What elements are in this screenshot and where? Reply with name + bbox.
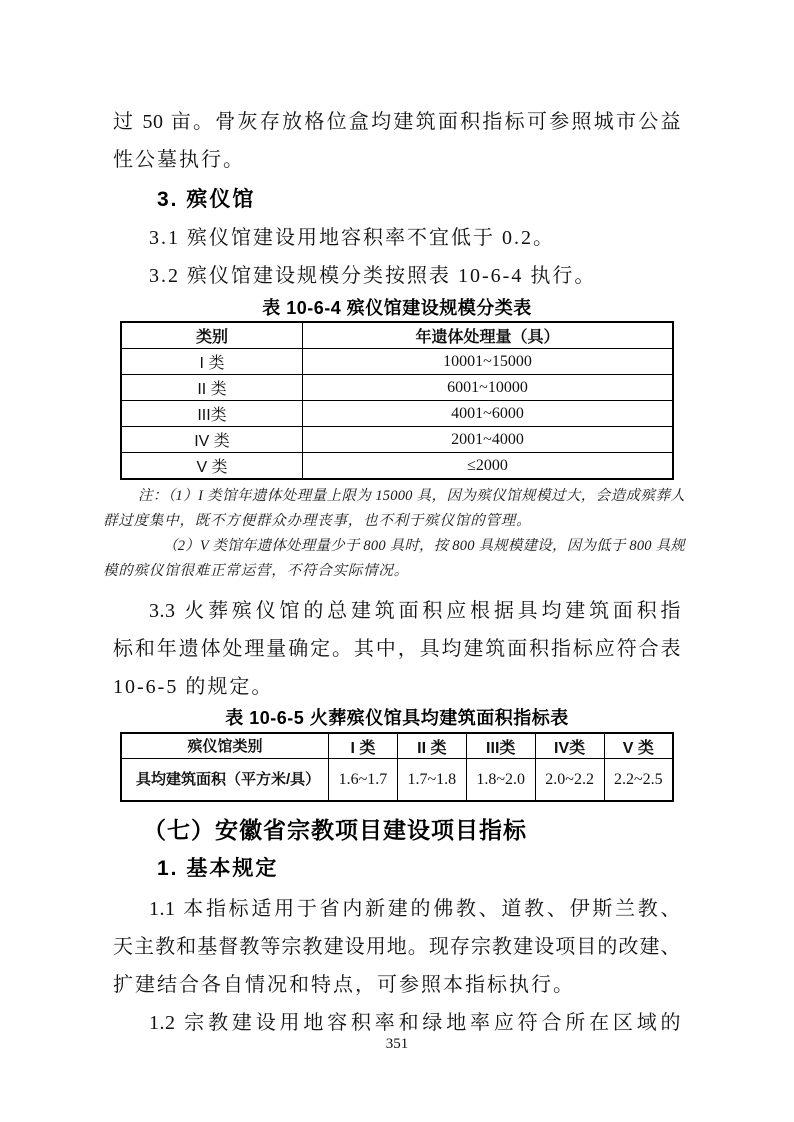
table1-header-category: 类别 [121, 322, 303, 349]
table1-cell-range: ≤2000 [303, 453, 674, 480]
page-content: 过 50 亩。骨灰存放格位盒均建筑面积指标可参照城市公益 性公墓执行。 3. 殡… [113, 103, 681, 1042]
table-row: V 类 ≤2000 [121, 453, 673, 480]
clause-1-1-line-1: 1.1 本指标适用于省内新建的佛教、道教、伊斯兰教、 [113, 890, 681, 928]
table2-header-class: II 类 [397, 733, 466, 759]
paragraph-intro-line-2: 性公墓执行。 [113, 141, 681, 179]
table2-cell-value: 2.2~2.5 [604, 759, 673, 802]
table1-cell-range: 2001~4000 [303, 427, 674, 453]
table-10-6-4-title: 表 10-6-4 殡仪馆建设规模分类表 [113, 295, 681, 321]
table-row: III类 4001~6000 [121, 401, 673, 427]
table2-row-label: 具均建筑面积（平方米/具） [121, 759, 329, 802]
clause-3-1: 3.1 殡仪馆建设用地容积率不宜低于 0.2。 [113, 219, 681, 257]
note-2-line-1: （2）V 类馆年遗体处理量少于 800 具时，按 800 具规模建设，因为低于 … [103, 534, 685, 559]
table-10-6-4: 类别 年遗体处理量（具） I 类 10001~15000 II 类 6001~1… [120, 321, 674, 480]
note-1-line-2: 群过度集中，既不方便群众办理丧事，也不利于殡仪馆的管理。 [103, 509, 685, 534]
table1-cell-class: V 类 [121, 453, 303, 480]
page-number: 351 [0, 1036, 794, 1053]
heading-section-3-funeral-home: 3. 殡仪馆 [113, 181, 681, 219]
table2-header-class: V 类 [604, 733, 673, 759]
table2-cell-value: 1.6~1.7 [329, 759, 398, 802]
table-10-6-5: 殡仪馆类别 I 类 II 类 III类 IV类 V 类 具均建筑面积（平方米/具… [120, 732, 674, 802]
table2-header-class: I 类 [329, 733, 398, 759]
heading-section-7-religion: （七）安徽省宗教项目建设项目指标 [113, 814, 681, 846]
table2-cell-value: 1.8~2.0 [466, 759, 535, 802]
table1-cell-range: 4001~6000 [303, 401, 674, 427]
table-row: IV 类 2001~4000 [121, 427, 673, 453]
table-row: 类别 年遗体处理量（具） [121, 322, 673, 349]
table1-cell-class: II 类 [121, 375, 303, 401]
table-10-6-5-title: 表 10-6-5 火葬殡仪馆具均建筑面积指标表 [113, 706, 681, 730]
table2-header-class: IV类 [535, 733, 604, 759]
paragraph-intro-line-1: 过 50 亩。骨灰存放格位盒均建筑面积指标可参照城市公益 [113, 103, 681, 141]
clause-3-3-line-2: 标和年遗体处理量确定。其中，具均建筑面积指标应符合表 [113, 630, 681, 668]
clause-1-1-line-3: 扩建结合各自情况和特点，可参照本指标执行。 [113, 966, 681, 1004]
note-2-line-2: 模的殡仪馆很难正常运营，不符合实际情况。 [103, 559, 685, 584]
table-notes: 注：（1）I 类馆年遗体处理量上限为 15000 具，因为殡仪馆规模过大，会造成… [103, 484, 685, 584]
table-row: 殡仪馆类别 I 类 II 类 III类 IV类 V 类 [121, 733, 673, 759]
table2-header-class: III类 [466, 733, 535, 759]
table1-cell-range: 10001~15000 [303, 349, 674, 375]
document-page: 过 50 亩。骨灰存放格位盒均建筑面积指标可参照城市公益 性公墓执行。 3. 殡… [0, 0, 794, 1122]
table-row: II 类 6001~10000 [121, 375, 673, 401]
table1-header-annual-volume: 年遗体处理量（具） [303, 322, 674, 349]
table1-cell-class: I 类 [121, 349, 303, 375]
heading-basic-provisions: 1. 基本规定 [113, 854, 681, 884]
table2-header-category: 殡仪馆类别 [121, 733, 329, 759]
table2-cell-value: 1.7~1.8 [397, 759, 466, 802]
clause-1-1-line-2: 天主教和基督教等宗教建设用地。现存宗教建设项目的改建、 [113, 928, 681, 966]
clause-3-2: 3.2 殡仪馆建设规模分类按照表 10-6-4 执行。 [113, 257, 681, 295]
table-row: I 类 10001~15000 [121, 349, 673, 375]
table1-cell-class: III类 [121, 401, 303, 427]
clause-3-3-line-3: 10-6-5 的规定。 [113, 668, 681, 706]
table1-cell-class: IV 类 [121, 427, 303, 453]
note-1-line-1: 注：（1）I 类馆年遗体处理量上限为 15000 具，因为殡仪馆规模过大，会造成… [103, 484, 685, 509]
clause-3-3-line-1: 3.3 火葬殡仪馆的总建筑面积应根据具均建筑面积指 [113, 592, 681, 630]
table2-cell-value: 2.0~2.2 [535, 759, 604, 802]
table1-cell-range: 6001~10000 [303, 375, 674, 401]
table-row: 具均建筑面积（平方米/具） 1.6~1.7 1.7~1.8 1.8~2.0 2.… [121, 759, 673, 802]
